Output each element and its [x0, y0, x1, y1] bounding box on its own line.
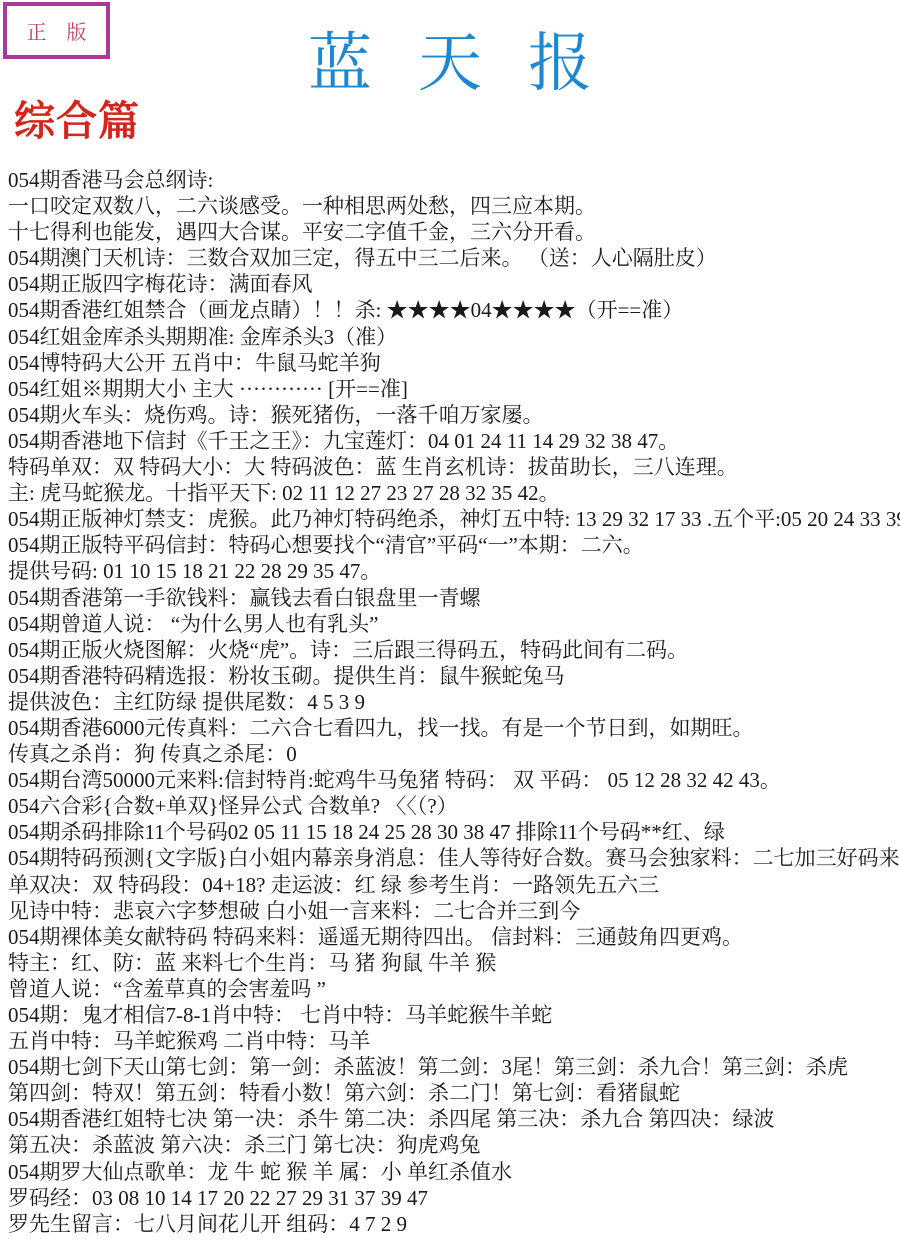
content-line: 054期正版特平码信封：特码心想要找个“清官”平码“一”本期：二六。	[8, 532, 900, 558]
content-line: 特码单双：双 特码大小：大 特码波色：蓝 生肖玄机诗：拔苗助长，三八连理。	[8, 454, 900, 480]
content-line: 特主：红、防：蓝 来料七个生肖：马 猪 狗鼠 牛羊 猴	[8, 950, 900, 976]
content-line: 054期正版火烧图解：火烧“虎”。诗：三后跟三得码五，特码此间有二码。	[8, 637, 900, 663]
content-line: 054期香港地下信封《千王之王》：九宝莲灯：04 01 24 11 14 29 …	[8, 428, 900, 454]
content-line: 曾道人说：“含羞草真的会害羞吗 ”	[8, 976, 900, 1002]
content-line: 传真之杀肖：狗 传真之杀尾：0	[8, 741, 900, 767]
content-line: 054期香港特码精选报：粉妆玉砌。提供生肖：鼠牛猴蛇兔马	[8, 663, 900, 689]
content-line: 054六合彩{合数+单双}怪异公式 合数单? 〈〈（?）	[8, 793, 900, 819]
content-line: 054期香港红姐禁合（画龙点睛）！！杀: ★★★★04★★★★（开==准）	[8, 297, 900, 323]
content-line: 054期香港6000元传真料：二六合七看四九，找一找。有是一个节日到，如期旺。	[8, 715, 900, 741]
content-line: 054期七剑下天山第七剑：第一剑：杀蓝波！第二剑：3尾！第三剑：杀九合！第三剑：…	[8, 1054, 900, 1080]
content-line: 054红姐※期期大小 主大 ············ [开==准]	[8, 376, 900, 402]
content-line: 054期：鬼才相信7-8-1肖中特： 七肖中特：马羊蛇猴牛羊蛇	[8, 1002, 900, 1028]
content-line: 054期特码预测{文字版}白小姐内幕亲身消息：佳人等待好合数。赛马会独家料：二七…	[8, 845, 900, 871]
content-line: 054期杀码排除11个号码02 05 11 15 18 24 25 28 30 …	[8, 819, 900, 845]
content-line: 054期澳门天机诗：三数合双加三定，得五中三二后来。 （送：人心隔肚皮）	[8, 245, 900, 271]
content-line: 054期正版神灯禁支：虎猴。此乃神灯特码绝杀，神灯五中特: 13 29 32 1…	[8, 506, 900, 532]
content-line: 提供波色：主红防绿 提供尾数：4 5 3 9	[8, 689, 900, 715]
page: { "header": { "badge": "正 版", "title": "…	[0, 0, 900, 1243]
content-line: 054期裸体美女献特码 特码来料：遥遥无期待四出。 信封料：三通鼓角四更鸡。	[8, 924, 900, 950]
content-lines: 054期香港马会总纲诗:一口咬定双数八，二六谈感受。一种相思两处愁，四三应本期。…	[8, 167, 900, 1237]
content-line: 罗码经：03 08 10 14 17 20 22 27 29 31 37 39 …	[8, 1185, 900, 1211]
content-line: 054期火车头：烧伤鸡。诗：猴死猪伤，一落千咱万家屡。	[8, 402, 900, 428]
content-line: 054期香港第一手欲钱料：赢钱去看白银盘里一青螺	[8, 585, 900, 611]
content-line: 主: 虎马蛇猴龙。十指平天下: 02 11 12 27 23 27 28 32 …	[8, 480, 900, 506]
content-line: 054期香港马会总纲诗:	[8, 167, 900, 193]
content-line: 罗先生留言：七八月间花儿开 组码：4 7 2 9	[8, 1211, 900, 1237]
content-line: 第五决：杀蓝波 第六决：杀三门 第七决：狗虎鸡兔	[8, 1132, 900, 1158]
content-line: 054红姐金库杀头期期准: 金库杀头3（准）	[8, 324, 900, 350]
content-line: 五肖中特：马羊蛇猴鸡 二肖中特：马羊	[8, 1028, 900, 1054]
content-line: 054期台湾50000元来料:信封特肖:蛇鸡牛马兔猪 特码： 双 平码： 05 …	[8, 767, 900, 793]
content-line: 054期香港红姐特七决 第一决：杀牛 第二决：杀四尾 第三决：杀九合 第四决：绿…	[8, 1106, 900, 1132]
content-line: 提供号码: 01 10 15 18 21 22 28 29 35 47。	[8, 558, 900, 584]
content-line: 054期正版四字梅花诗：满面春风	[8, 271, 900, 297]
content-line: 054博特码大公开 五肖中：牛鼠马蛇羊狗	[8, 350, 900, 376]
content-line: 054期罗大仙点歌单：龙 牛 蛇 猴 羊 属：小 单红杀值水	[8, 1159, 900, 1185]
content-line: 一口咬定双数八，二六谈感受。一种相思两处愁，四三应本期。	[8, 193, 900, 219]
section-title: 综合篇	[14, 88, 140, 147]
content-line: 054期曾道人说： “为什么男人也有乳头”	[8, 611, 900, 637]
content-line: 十七得利也能发，遇四大合谋。平安二字值千金，三六分开看。	[8, 219, 900, 245]
content-line: 单双决：双 特码段：04+18? 走运波：红 绿 参考生肖：一路领先五六三	[8, 872, 900, 898]
content-line: 第四剑：特双！第五剑：特看小数！第六剑：杀二门！第七剑：看猪鼠蛇	[8, 1080, 900, 1106]
content-line: 见诗中特：悲哀六字梦想破 白小姐一言来料：二七合并三到今	[8, 898, 900, 924]
